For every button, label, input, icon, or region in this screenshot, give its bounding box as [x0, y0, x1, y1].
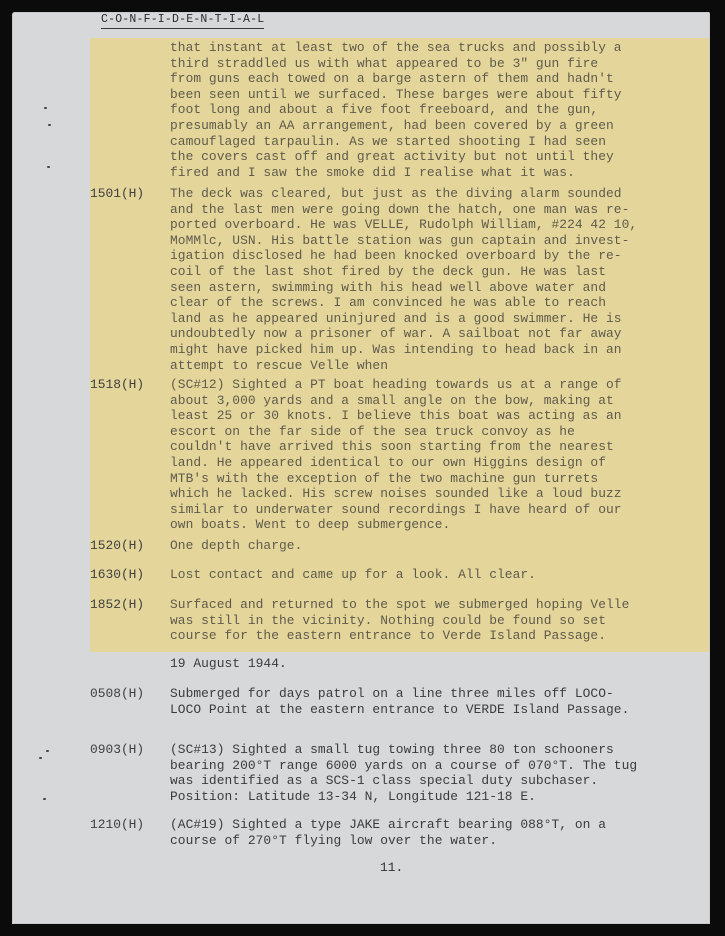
continuation-paragraph: that instant at least two of the sea tru…	[170, 40, 622, 180]
log-entry: Surfaced and returned to the spot we sub…	[170, 597, 629, 644]
log-entry: The deck was cleared, but just as the di…	[170, 186, 637, 373]
log-time: 0508(H)	[90, 686, 144, 702]
log-time: 1852(H)	[90, 597, 144, 613]
margin-mark	[47, 166, 50, 168]
margin-mark	[46, 750, 49, 752]
log-entry: One depth charge.	[170, 538, 302, 554]
page-number: 11.	[380, 860, 403, 875]
log-entry: (SC#12) Sighted a PT boat heading toward…	[170, 377, 622, 533]
log-time: 1630(H)	[90, 567, 144, 583]
log-entry: (AC#19) Sighted a type JAKE aircraft bea…	[170, 817, 606, 848]
margin-mark	[43, 798, 46, 800]
margin-mark	[48, 124, 51, 126]
date-heading: 19 August 1944.	[170, 656, 287, 672]
margin-mark	[39, 757, 42, 759]
log-entry: Lost contact and came up for a look. All…	[170, 567, 536, 583]
classification-header: C-O-N-F-I-D-E-N-T-I-A-L	[101, 13, 264, 29]
log-entry: (SC#13) Sighted a small tug towing three…	[170, 742, 637, 804]
log-time: 1520(H)	[90, 538, 144, 554]
log-time: 1518(H)	[90, 377, 144, 393]
log-time: 1501(H)	[90, 186, 144, 202]
log-entry: Submerged for days patrol on a line thre…	[170, 686, 629, 717]
margin-mark	[44, 107, 47, 109]
log-time: 0903(H)	[90, 742, 144, 758]
log-time: 1210(H)	[90, 817, 144, 833]
